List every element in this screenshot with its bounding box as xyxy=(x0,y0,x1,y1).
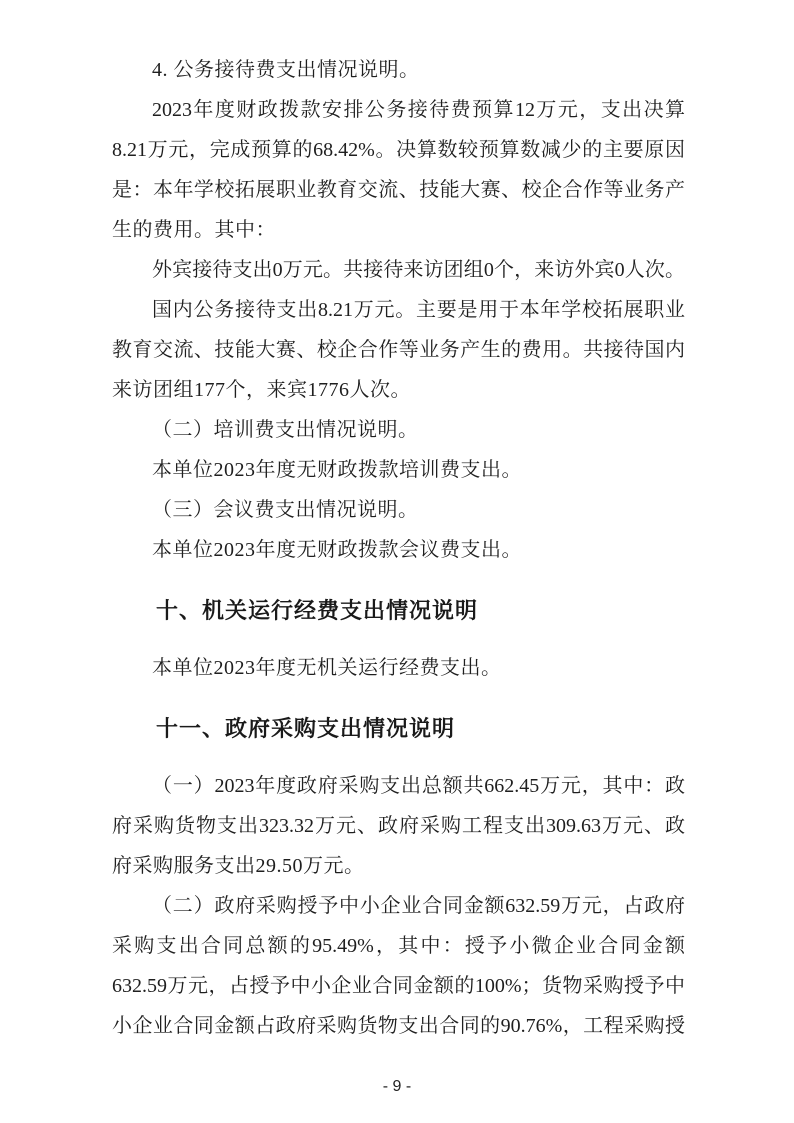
document-page: 4. 公务接待费支出情况说明。2023年度财政拨款安排公务接待费预算12万元，支… xyxy=(0,0,794,1123)
text-line: 本单位2023年度无财政拨款培训费支出。 xyxy=(112,450,685,490)
text-line: 4. 公务接待费支出情况说明。 xyxy=(112,50,685,90)
paragraph: 2023年度财政拨款安排公务接待费预算12万元，支出决算8.21万元，完成预算的… xyxy=(112,90,685,250)
paragraph: （二）政府采购授予中小企业合同金额632.59万元，占政府采购支出合同总额的95… xyxy=(112,886,685,1046)
text-line: 府采购货物支出323.32万元、政府采购工程支出309.63万元、政 xyxy=(112,806,685,846)
paragraph: 本单位2023年度无财政拨款会议费支出。 xyxy=(112,530,685,570)
document-body: 4. 公务接待费支出情况说明。2023年度财政拨款安排公务接待费预算12万元，支… xyxy=(112,50,685,1046)
text-line: 府采购服务支出29.50万元。 xyxy=(112,846,685,886)
text-line: 本单位2023年度无财政拨款会议费支出。 xyxy=(112,530,685,570)
paragraph: 国内公务接待支出8.21万元。主要是用于本年学校拓展职业教育交流、技能大赛、校企… xyxy=(112,290,685,410)
text-line: 生的费用。其中： xyxy=(112,210,685,250)
section-heading: 十一、政府采购支出情况说明 xyxy=(112,709,685,749)
paragraph: 4. 公务接待费支出情况说明。 xyxy=(112,50,685,90)
text-line: （二）政府采购授予中小企业合同金额632.59万元，占政府 xyxy=(112,886,685,926)
section-heading: 十、机关运行经费支出情况说明 xyxy=(112,591,685,631)
page-number: - 9 - xyxy=(383,1078,411,1095)
text-line: （二）培训费支出情况说明。 xyxy=(112,410,685,450)
text-line: （三）会议费支出情况说明。 xyxy=(112,490,685,530)
paragraph: （二）培训费支出情况说明。 xyxy=(112,410,685,450)
text-line: 教育交流、技能大赛、校企合作等业务产生的费用。共接待国内 xyxy=(112,330,685,370)
text-line: 2023年度财政拨款安排公务接待费预算12万元，支出决算 xyxy=(112,90,685,130)
text-line: 采购支出合同总额的95.49%，其中：授予小微企业合同金额 xyxy=(112,926,685,966)
text-line: 632.59万元，占授予中小企业合同金额的100%；货物采购授予中 xyxy=(112,966,685,1006)
text-line: 十一、政府采购支出情况说明 xyxy=(112,709,685,749)
paragraph: 本单位2023年度无财政拨款培训费支出。 xyxy=(112,450,685,490)
text-line: 外宾接待支出0万元。共接待来访团组0个，来访外宾0人次。 xyxy=(112,250,685,290)
text-line: 十、机关运行经费支出情况说明 xyxy=(112,591,685,631)
paragraph: 本单位2023年度无机关运行经费支出。 xyxy=(112,648,685,688)
text-line: 本单位2023年度无机关运行经费支出。 xyxy=(112,648,685,688)
text-line: 来访团组177个，来宾1776人次。 xyxy=(112,370,685,410)
paragraph: 外宾接待支出0万元。共接待来访团组0个，来访外宾0人次。 xyxy=(112,250,685,290)
text-line: 是：本年学校拓展职业教育交流、技能大赛、校企合作等业务产 xyxy=(112,170,685,210)
text-line: 小企业合同金额占政府采购货物支出合同的90.76%，工程采购授 xyxy=(112,1006,685,1046)
paragraph: （三）会议费支出情况说明。 xyxy=(112,490,685,530)
text-line: 8.21万元，完成预算的68.42%。决算数较预算数减少的主要原因 xyxy=(112,130,685,170)
text-line: （一）2023年度政府采购支出总额共662.45万元，其中：政 xyxy=(112,766,685,806)
paragraph: （一）2023年度政府采购支出总额共662.45万元，其中：政府采购货物支出32… xyxy=(112,766,685,886)
text-line: 国内公务接待支出8.21万元。主要是用于本年学校拓展职业 xyxy=(112,290,685,330)
page-footer: - 9 - xyxy=(0,1078,794,1096)
